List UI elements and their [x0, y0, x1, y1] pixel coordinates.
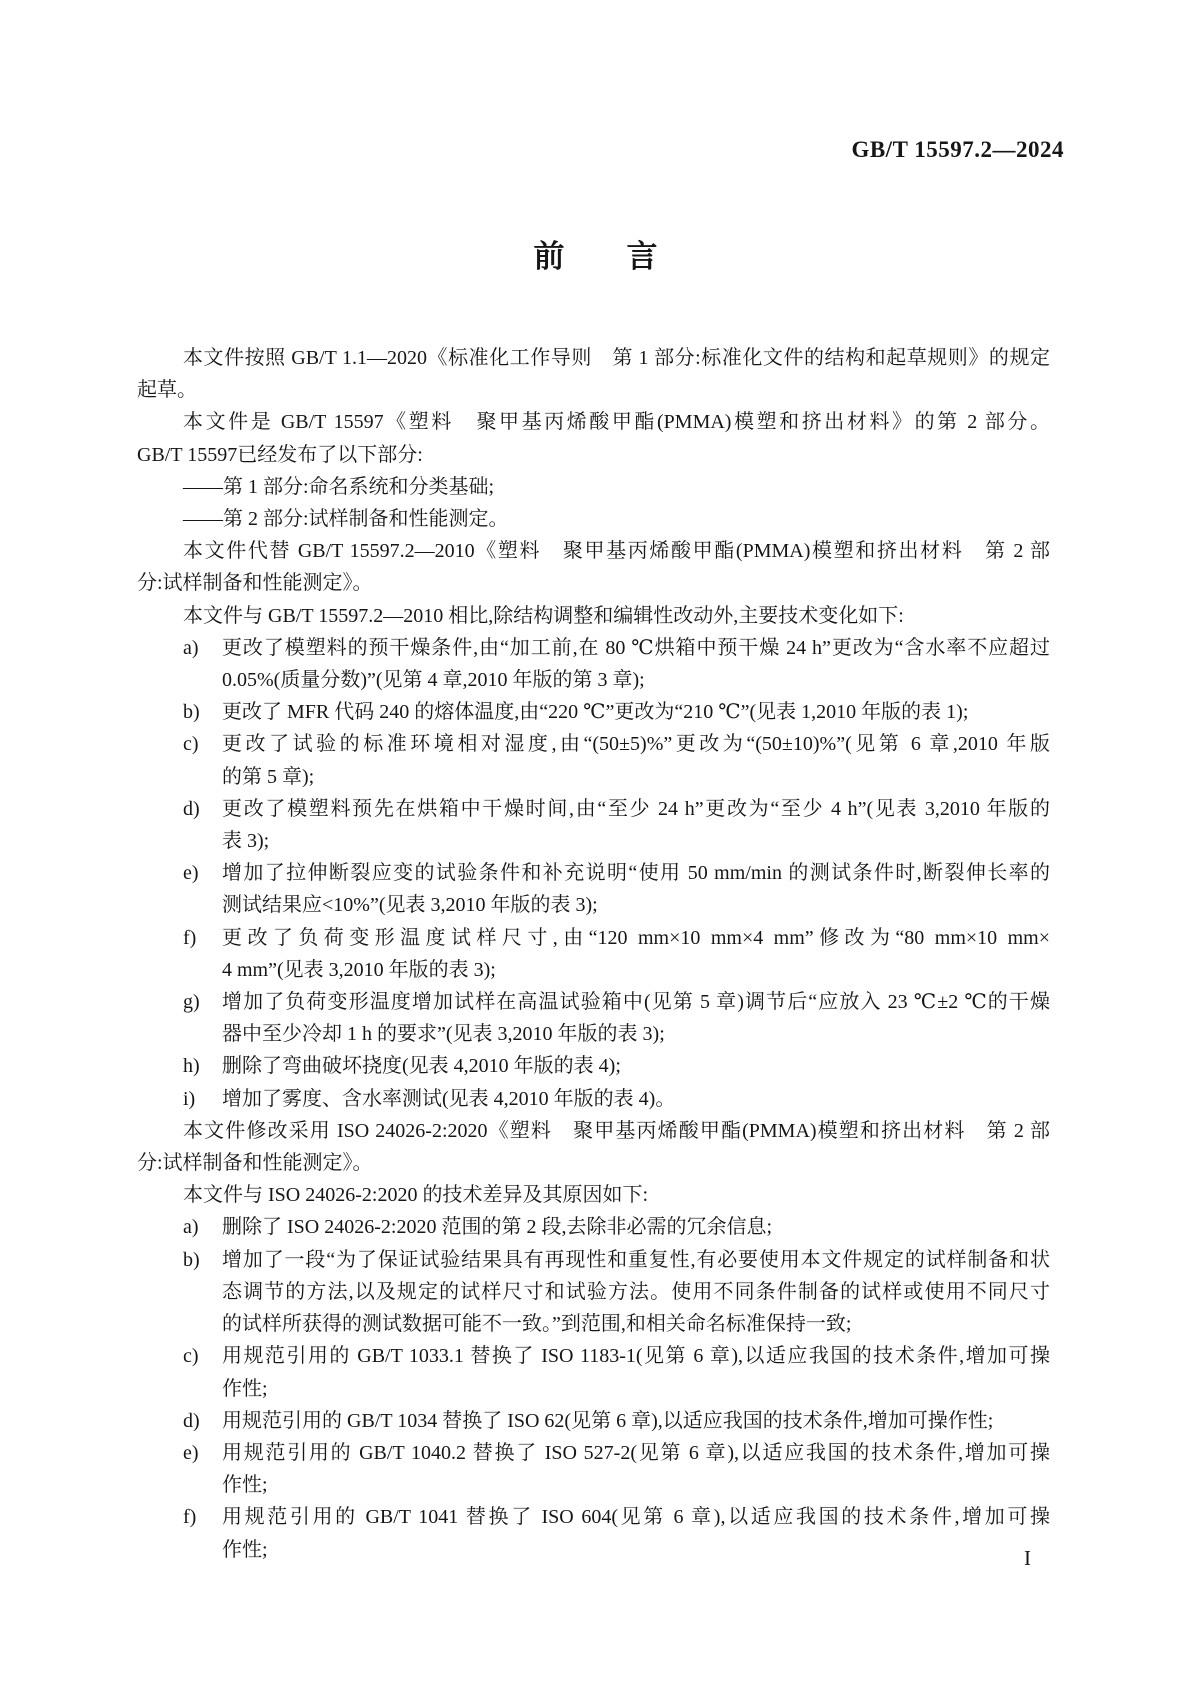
- document-page: GB/T 15597.2—2024 前 言 本文件按照 GB/T 1.1—202…: [0, 0, 1191, 1685]
- text-line: f)用规范引用的 GB/T 1041 替换了 ISO 604(见第 6 章),以…: [137, 1501, 1050, 1533]
- text-line: 器中至少冷却 1 h 的要求”(见表 3,2010 年版的表 3);: [137, 1018, 1050, 1050]
- text-line: GB/T 15597已经发布了以下部分:: [137, 439, 1050, 471]
- list-item-label: d): [183, 793, 200, 825]
- text-line: 态调节的方法,以及规定的试样尺寸和试验方法。使用不同条件制备的试样或使用不同尺寸: [137, 1276, 1050, 1308]
- text-line: b)增加了一段“为了保证试验结果具有再现性和重复性,有必要使用本文件规定的试样制…: [137, 1244, 1050, 1276]
- list-item-text: 用规范引用的 GB/T 1041 替换了 ISO 604(见第 6 章),以适应…: [222, 1506, 1050, 1528]
- text-line: 分:试样制备和性能测定》。: [137, 1147, 1050, 1179]
- list-item-label: e): [183, 857, 199, 889]
- list-item-text: 增加了雾度、含水率测试(见表 4,2010 年版的表 4)。: [222, 1088, 675, 1110]
- text-line: c)用规范引用的 GB/T 1033.1 替换了 ISO 1183-1(见第 6…: [137, 1340, 1050, 1372]
- text-line: e)增加了拉伸断裂应变的试验条件和补充说明“使用 50 mm/min 的测试条件…: [137, 857, 1050, 889]
- text-line: 作性;: [137, 1469, 1050, 1501]
- list-item-label: a): [183, 632, 199, 664]
- list-item-label: c): [183, 728, 199, 760]
- list-item-text: 用规范引用的 GB/T 1033.1 替换了 ISO 1183-1(见第 6 章…: [222, 1345, 1050, 1367]
- text-line: b)更改了 MFR 代码 240 的熔体温度,由“220 ℃”更改为“210 ℃…: [137, 696, 1050, 728]
- text-line: 本文件与 ISO 24026-2:2020 的技术差异及其原因如下:: [137, 1179, 1050, 1211]
- foreword-body: 本文件按照 GB/T 1.1—2020《标准化工作导则 第 1 部分:标准化文件…: [137, 342, 1050, 1566]
- list-item-label: b): [183, 696, 200, 728]
- list-item-label: h): [183, 1050, 200, 1082]
- list-item-text: 更改了 MFR 代码 240 的熔体温度,由“220 ℃”更改为“210 ℃”(…: [222, 701, 968, 723]
- list-item-text: 更改了模塑料的预干燥条件,由“加工前,在 80 ℃烘箱中预干燥 24 h”更改为…: [222, 637, 1050, 659]
- text-line: 0.05%(质量分数)”(见第 4 章,2010 年版的第 3 章);: [137, 664, 1050, 696]
- text-line: 表 3);: [137, 825, 1050, 857]
- text-line: e)用规范引用的 GB/T 1040.2 替换了 ISO 527-2(见第 6 …: [137, 1437, 1050, 1469]
- text-line: 测试结果应<10%”(见表 3,2010 年版的表 3);: [137, 889, 1050, 921]
- list-item-label: d): [183, 1405, 200, 1437]
- text-line: d)用规范引用的 GB/T 1034 替换了 ISO 62(见第 6 章),以适…: [137, 1405, 1050, 1437]
- list-item-text: 用规范引用的 GB/T 1034 替换了 ISO 62(见第 6 章),以适应我…: [222, 1410, 993, 1432]
- list-item-label: c): [183, 1340, 199, 1372]
- list-item-text: 更改了模塑料预先在烘箱中干燥时间,由“至少 24 h”更改为“至少 4 h”(见…: [222, 798, 1050, 820]
- list-item-text: 增加了拉伸断裂应变的试验条件和补充说明“使用 50 mm/min 的测试条件时,…: [222, 862, 1050, 884]
- text-line: a)删除了 ISO 24026-2:2020 范围的第 2 段,去除非必需的冗余…: [137, 1211, 1050, 1243]
- text-line: g)增加了负荷变形温度增加试样在高温试验箱中(见第 5 章)调节后“应放入 23…: [137, 986, 1050, 1018]
- list-item-text: 更改了试验的标准环境相对湿度,由“(50±5)%”更改为“(50±10)%”(见…: [222, 733, 1050, 755]
- text-line: 本文件按照 GB/T 1.1—2020《标准化工作导则 第 1 部分:标准化文件…: [137, 342, 1050, 374]
- text-line: 本文件修改采用 ISO 24026-2:2020《塑料 聚甲基丙烯酸甲酯(PMM…: [137, 1115, 1050, 1147]
- list-item-label: g): [183, 986, 200, 1018]
- page-title: 前 言: [0, 240, 1191, 274]
- text-line: 本文件代替 GB/T 15597.2—2010《塑料 聚甲基丙烯酸甲酯(PMMA…: [137, 535, 1050, 567]
- list-item-text: 用规范引用的 GB/T 1040.2 替换了 ISO 527-2(见第 6 章)…: [222, 1442, 1050, 1464]
- text-line: 作性;: [137, 1373, 1050, 1405]
- text-line: ——第 2 部分:试样制备和性能测定。: [137, 503, 1050, 535]
- text-line: 分:试样制备和性能测定》。: [137, 567, 1050, 599]
- list-item-label: e): [183, 1437, 199, 1469]
- page-number: I: [1024, 1546, 1031, 1571]
- text-line: ——第 1 部分:命名系统和分类基础;: [137, 471, 1050, 503]
- text-line: 作性;: [137, 1534, 1050, 1566]
- text-line: c)更改了试验的标准环境相对湿度,由“(50±5)%”更改为“(50±10)%”…: [137, 728, 1050, 760]
- standard-code: GB/T 15597.2—2024: [851, 137, 1064, 163]
- list-item-label: i): [183, 1083, 195, 1115]
- list-item-text: 删除了 ISO 24026-2:2020 范围的第 2 段,去除非必需的冗余信息…: [222, 1216, 772, 1238]
- text-line: f)更改了负荷变形温度试样尺寸,由“120 mm×10 mm×4 mm”修改为“…: [137, 922, 1050, 954]
- text-line: 4 mm”(见表 3,2010 年版的表 3);: [137, 954, 1050, 986]
- list-item-text: 更改了负荷变形温度试样尺寸,由“120 mm×10 mm×4 mm”修改为“80…: [222, 927, 1050, 949]
- text-line: h)删除了弯曲破坏挠度(见表 4,2010 年版的表 4);: [137, 1050, 1050, 1082]
- text-line: 本文件与 GB/T 15597.2—2010 相比,除结构调整和编辑性改动外,主…: [137, 600, 1050, 632]
- list-item-label: a): [183, 1211, 199, 1243]
- text-line: 的第 5 章);: [137, 761, 1050, 793]
- text-line: 的试样所获得的测试数据可能不一致。”到范围,和相关命名标准保持一致;: [137, 1308, 1050, 1340]
- list-item-label: f): [183, 1501, 196, 1533]
- text-line: 起草。: [137, 374, 1050, 406]
- text-line: a)更改了模塑料的预干燥条件,由“加工前,在 80 ℃烘箱中预干燥 24 h”更…: [137, 632, 1050, 664]
- text-line: d)更改了模塑料预先在烘箱中干燥时间,由“至少 24 h”更改为“至少 4 h”…: [137, 793, 1050, 825]
- list-item-text: 增加了负荷变形温度增加试样在高温试验箱中(见第 5 章)调节后“应放入 23 ℃…: [222, 991, 1050, 1013]
- text-line: 本文件是 GB/T 15597《塑料 聚甲基丙烯酸甲酯(PMMA)模塑和挤出材料…: [137, 406, 1050, 438]
- list-item-label: b): [183, 1244, 200, 1276]
- text-line: i)增加了雾度、含水率测试(见表 4,2010 年版的表 4)。: [137, 1083, 1050, 1115]
- list-item-text: 删除了弯曲破坏挠度(见表 4,2010 年版的表 4);: [222, 1055, 621, 1077]
- list-item-label: f): [183, 922, 196, 954]
- list-item-text: 增加了一段“为了保证试验结果具有再现性和重复性,有必要使用本文件规定的试样制备和…: [222, 1249, 1050, 1271]
